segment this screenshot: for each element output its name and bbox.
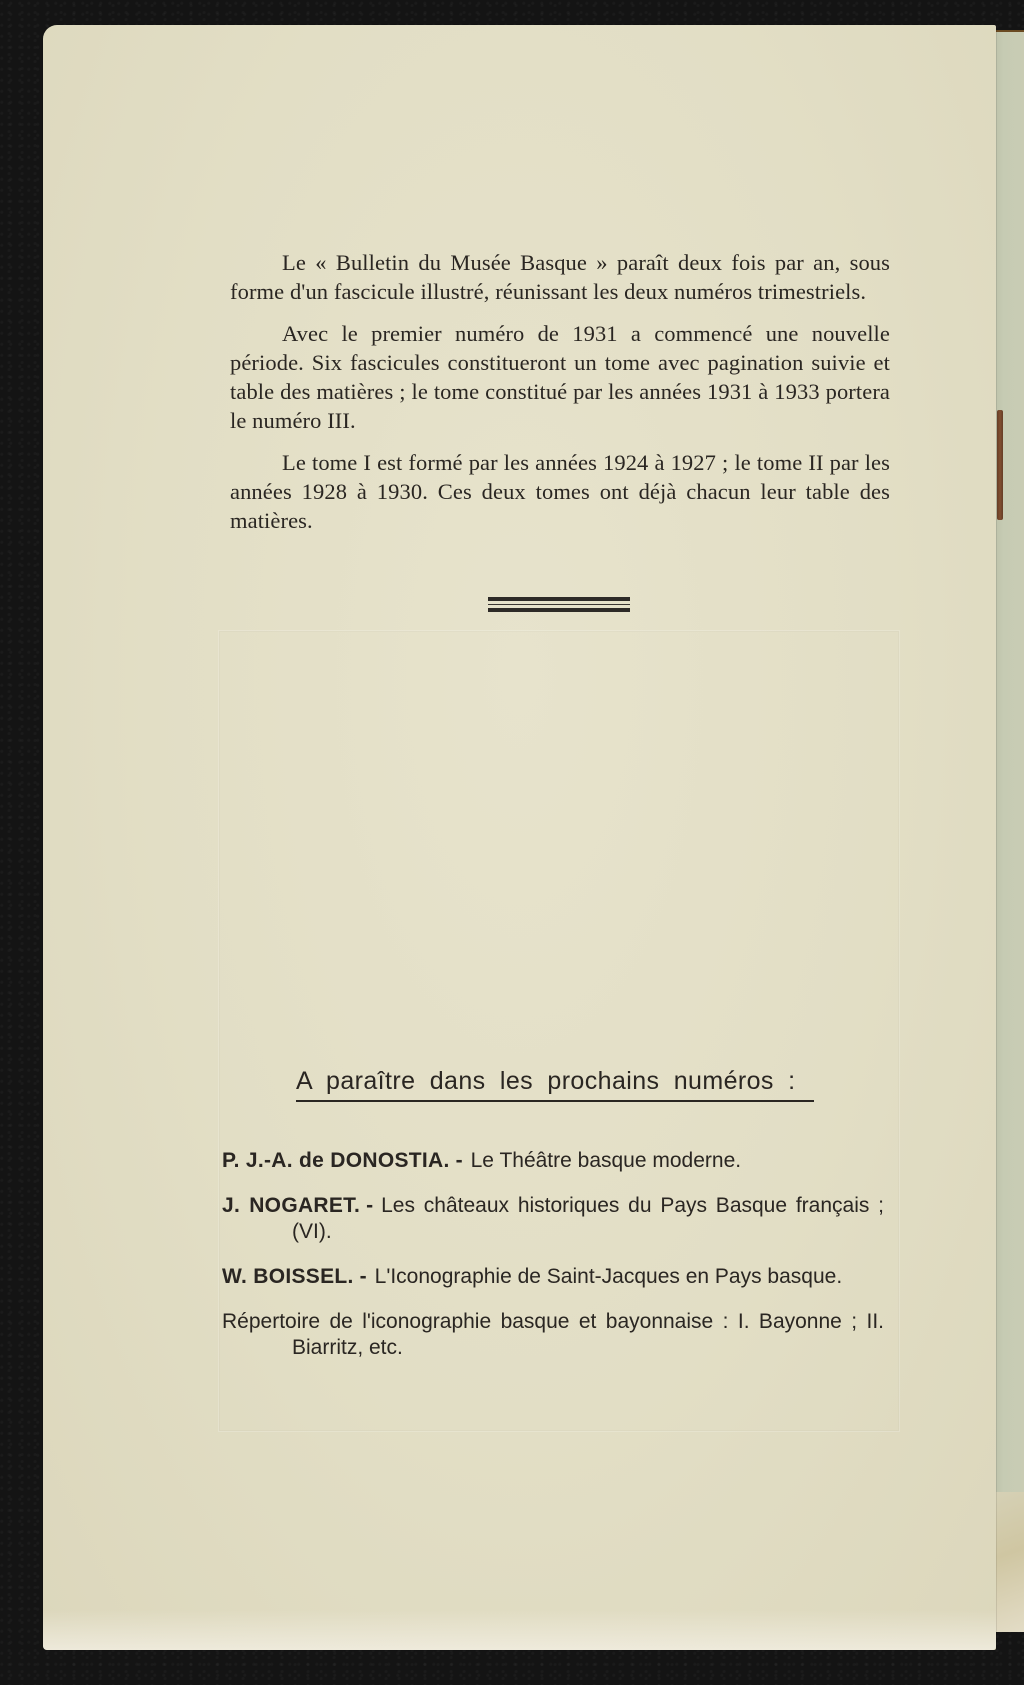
entry-title: L'Iconographie de Saint-Jacques en Pays … (375, 1265, 843, 1288)
intro-paragraph-1: Le « Bulletin du Musée Basque » paraît d… (230, 248, 890, 306)
upcoming-list: P. J.-A. de DONOSTIA.-Le Théâtre basque … (222, 1148, 884, 1380)
rule-thick-bottom (488, 608, 630, 612)
entry-author: J. NOGARET. (222, 1194, 360, 1217)
upcoming-entry: J. NOGARET.-Les châteaux historiques du … (222, 1193, 884, 1245)
upcoming-heading: A paraître dans les prochains numéros : (296, 1066, 814, 1102)
entry-title: Répertoire de l'iconographie basque et b… (222, 1310, 884, 1359)
upcoming-entry: P. J.-A. de DONOSTIA.-Le Théâtre basque … (222, 1148, 884, 1174)
intro-text: Le « Bulletin du Musée Basque » paraît d… (230, 248, 890, 548)
entry-separator: - (366, 1194, 373, 1217)
upcoming-entry: Répertoire de l'iconographie basque et b… (222, 1309, 884, 1361)
intro-paragraph-2: Avec le premier numéro de 1931 a commenc… (230, 319, 890, 435)
intro-paragraph-3: Le tome I est formé par les années 1924 … (230, 448, 890, 535)
entry-author: W. BOISSEL. (222, 1265, 354, 1288)
staple-rust-mark (997, 410, 1003, 520)
entry-title: Les châteaux historiques du Pays Basque … (292, 1194, 884, 1243)
entry-separator: - (360, 1265, 367, 1288)
entry-separator: - (456, 1149, 463, 1172)
rule-thick-top (488, 597, 630, 601)
entry-author: P. J.-A. de DONOSTIA. (222, 1149, 450, 1172)
rule-thin-middle (488, 604, 630, 606)
ornamental-rule (488, 597, 630, 612)
upcoming-entry: W. BOISSEL.-L'Iconographie de Saint-Jacq… (222, 1264, 884, 1290)
entry-title: Le Théâtre basque moderne. (471, 1149, 741, 1172)
